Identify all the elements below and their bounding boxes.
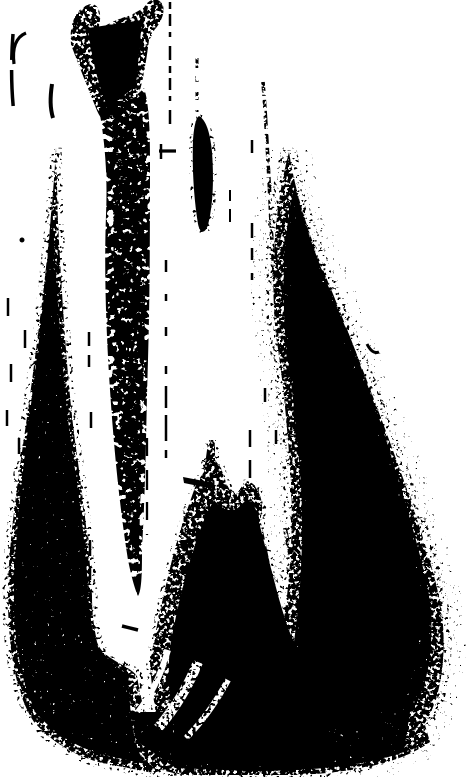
apex-horn-dot xyxy=(158,4,163,9)
engraving-page xyxy=(0,0,469,777)
seed-engraving-illustration xyxy=(0,0,469,777)
